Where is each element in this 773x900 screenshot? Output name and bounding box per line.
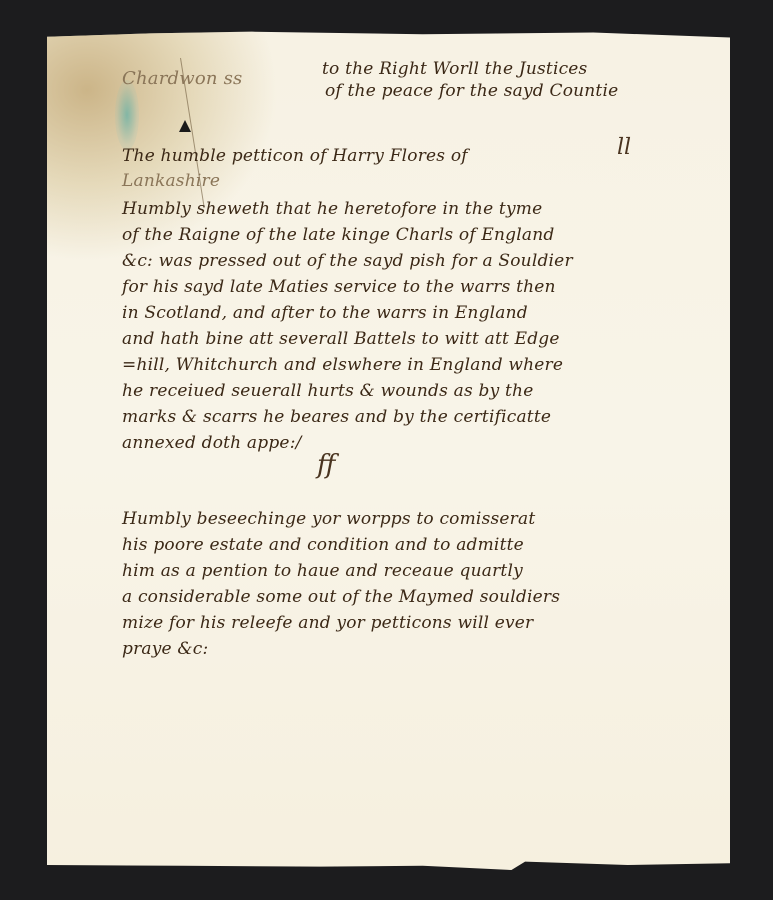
body-line: &c: was pressed out of the sayd pish for… (122, 250, 573, 272)
body-line: he receiued seuerall hurts & wounds as b… (122, 380, 533, 402)
body-line: him as a pention to haue and receaue qua… (122, 560, 523, 582)
margin-note: Chardwon ss (122, 68, 242, 90)
teal-ink-stain (115, 80, 139, 150)
body-line: his poore estate and condition and to ad… (122, 534, 524, 556)
manuscript-page: Chardwon ss to the Right Worll the Justi… (47, 30, 730, 870)
body-line: Humbly sheweth that he heretofore in the… (122, 198, 542, 220)
body-line: in Scotland, and after to the warrs in E… (122, 302, 528, 324)
body-line: mize for his releefe and yor petticons w… (122, 612, 533, 634)
paper-hole (179, 120, 191, 132)
address-line: to the Right Worll the Justices (322, 58, 587, 80)
body-line: of the Raigne of the late kinge Charls o… (122, 224, 554, 246)
address-line: of the peace for the sayd Countie (325, 80, 618, 102)
paraph-mark: ff (317, 450, 335, 480)
body-line: marks & scarrs he beares and by the cert… (122, 406, 551, 428)
body-line: =hill, Whitchurch and elswhere in Englan… (122, 354, 563, 376)
body-line: and hath bine att severall Battels to wi… (122, 328, 560, 350)
body-line: annexed doth appe:/ (122, 432, 302, 454)
title-line: The humble petticon of Harry Flores of (122, 145, 468, 167)
title-mark: ll (617, 135, 631, 160)
body-line: a considerable some out of the Maymed so… (122, 586, 560, 608)
body-line: for his sayd late Maties service to the … (122, 276, 556, 298)
body-line: praye &c: (122, 638, 208, 660)
body-line: Humbly beseechinge yor worpps to comisse… (122, 508, 535, 530)
title-line: Lankashire (122, 170, 220, 192)
